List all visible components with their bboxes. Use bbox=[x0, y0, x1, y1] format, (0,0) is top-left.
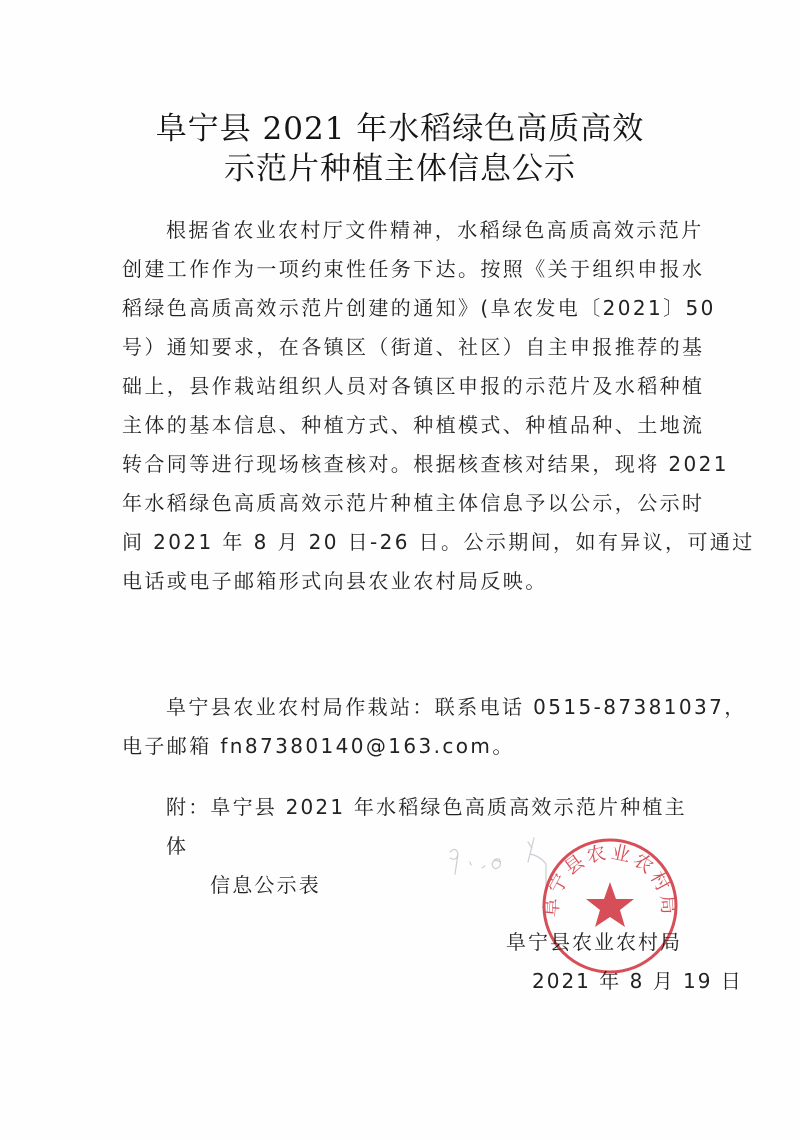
appendix-title-line-1: 阜宁县 2021 年水稻绿色高质高效示范片种植主体 bbox=[166, 795, 687, 858]
document-page: 阜宁县 2021 年水稻绿色高质高效 示范片种植主体信息公示 根据省农业农村厅文… bbox=[0, 0, 800, 1140]
document-title-line-2: 示范片种植主体信息公示 bbox=[0, 143, 800, 188]
paragraph-line: 主体的基本信息、种植方式、种植模式、种植品种、土地流 bbox=[122, 406, 697, 445]
paragraph-line: 转合同等进行现场核查核对。根据核查核对结果，现将 2021 bbox=[122, 445, 697, 484]
paragraph-line: 础上，县作栽站组织人员对各镇区申报的示范片及水稻种植 bbox=[122, 367, 697, 406]
document-title-line-1: 阜宁县 2021 年水稻绿色高质高效 bbox=[0, 103, 800, 148]
signoff-organization: 阜宁县农业农村局 bbox=[506, 926, 682, 955]
paragraph-line: 电话或电子邮箱形式向县农业农村局反映。 bbox=[122, 562, 697, 601]
appendix-label: 附： bbox=[166, 795, 210, 819]
paragraph-line: 稻绿色高质高效示范片创建的通知》(阜农发电〔2021〕50 bbox=[122, 289, 697, 328]
paragraph-line: 号）通知要求，在各镇区（街道、社区）自主申报推荐的基 bbox=[122, 328, 697, 367]
paragraph-line: 创建工作作为一项约束性任务下达。按照《关于组织申报水 bbox=[122, 250, 697, 289]
notice-paragraph: 根据省农业农村厅文件精神，水稻绿色高质高效示范片 创建工作作为一项约束性任务下达… bbox=[122, 211, 697, 601]
contact-email-line: 电子邮箱 fn87380140@163.com。 bbox=[122, 727, 697, 766]
paragraph-line: 根据省农业农村厅文件精神，水稻绿色高质高效示范片 bbox=[122, 211, 697, 250]
signoff-date: 2021 年 8 月 19 日 bbox=[532, 965, 743, 994]
appendix-title-line-2: 信息公示表 bbox=[166, 866, 706, 905]
contact-phone-line: 阜宁县农业农村局作栽站：联系电话 0515-87381037， bbox=[122, 688, 697, 727]
paragraph-line: 间 2021 年 8 月 20 日-26 日。公示期间，如有异议，可通过 bbox=[122, 523, 697, 562]
appendix-note: 附：阜宁县 2021 年水稻绿色高质高效示范片种植主体 信息公示表 bbox=[166, 788, 706, 905]
paragraph-line: 年水稻绿色高质高效示范片种植主体信息予以公示，公示时 bbox=[122, 484, 697, 523]
contact-paragraph: 阜宁县农业农村局作栽站：联系电话 0515-87381037， 电子邮箱 fn8… bbox=[122, 688, 697, 766]
